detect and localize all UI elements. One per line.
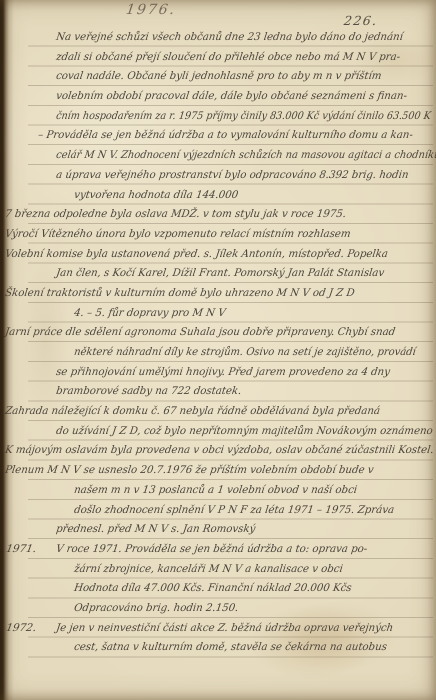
handwritten-text: některé náhradní díly ke strojům. Osivo …: [73, 343, 417, 363]
handwritten-text: Odpracováno brig. hodin 2.150.: [73, 599, 240, 619]
handwritten-text: volebním období pracoval dále, dále bylo…: [55, 87, 409, 107]
handwritten-line: celář M N V. Zhodnocení výjezdních schůz…: [0, 146, 436, 166]
handwritten-line: Hodnota díla 47.000 Kčs. Finanční náklad…: [0, 579, 436, 599]
handwritten-line: se přihnojování umělými hnojivy. Před ja…: [0, 363, 436, 383]
handwritten-line: Školení traktoristů v kulturním domě byl…: [0, 284, 436, 304]
handwritten-line: Na veřejné schůzi všech občanů dne 23 le…: [0, 28, 436, 48]
handwritten-line: přednesl. před M N V s. Jan Romovský: [0, 520, 436, 540]
handwritten-text: Plenum M N V se usneslo 20.7.1976 že pří…: [4, 461, 375, 481]
handwritten-line: – Prováděla se jen běžná údržba a to vym…: [0, 126, 436, 146]
handwriting-body: Na veřejné schůzi všech občanů dne 23 le…: [0, 28, 436, 658]
handwritten-text: – Prováděla se jen běžná údržba a to vym…: [37, 126, 414, 146]
chronicle-page: 1976. 226. Na veřejné schůzi všech občan…: [0, 0, 436, 700]
handwritten-text: Jarní práce dle sdělení agronoma Suhala …: [4, 323, 397, 343]
handwritten-line: a úprava veřejného prostranství bylo odp…: [0, 166, 436, 186]
handwritten-text: a úprava veřejného prostranství bylo odp…: [55, 166, 410, 186]
handwritten-text: přednesl. před M N V s. Jan Romovský: [55, 520, 257, 540]
handwritten-line: našem m n v 13 poslanců a 1 volební obvo…: [0, 481, 436, 501]
handwritten-text: čním hospodařením za r. 1975 příjmy čini…: [55, 107, 432, 127]
handwritten-text: Jan člen, s Kočí Karel, Dížil Frant. Pom…: [55, 264, 386, 284]
handwritten-text: V roce 1971. Prováděla se jen běžná údrž…: [55, 540, 369, 560]
handwritten-text: zdali si občané přejí sloučení do přileh…: [55, 48, 402, 68]
handwritten-text: se přihnojování umělými hnojivy. Před ja…: [55, 363, 392, 383]
handwritten-text: coval nadále. Občané byli jednohlasně pr…: [55, 67, 383, 87]
handwritten-text: do užívání J Z D, což bylo nepřítomným m…: [55, 422, 434, 442]
handwritten-line: Plenum M N V se usneslo 20.7.1976 že pří…: [0, 461, 436, 481]
handwritten-text: Zahrada náležející k domku č. 67 nebyla …: [4, 402, 382, 422]
handwritten-text: Hodnota díla 47.000 Kčs. Finanční náklad…: [73, 579, 353, 599]
handwritten-line: čním hospodařením za r. 1975 příjmy čini…: [0, 107, 436, 127]
handwritten-text: bramborové sadby na 722 dostatek.: [55, 382, 243, 402]
handwritten-text: Na veřejné schůzi všech občanů dne 23 le…: [55, 28, 405, 48]
handwritten-text: cest, šatna v kulturním domě, stavěla se…: [73, 638, 389, 658]
handwritten-text: celář M N V. Zhodnocení výjezdních schůz…: [55, 146, 436, 166]
handwritten-line: K májovým oslavám byla provedena v obci …: [0, 441, 436, 461]
handwritten-text: vytvořena hodnota díla 144.000: [73, 186, 240, 206]
handwritten-line: Jarní práce dle sdělení agronoma Suhala …: [0, 323, 436, 343]
handwritten-line: bramborové sadby na 722 dostatek.: [0, 382, 436, 402]
handwritten-text: 4. – 5. fůr dopravy pro M N V: [73, 304, 227, 324]
page-number: 226.: [343, 13, 379, 28]
handwritten-line: žární zbrojnice, kanceláři M N V a kanal…: [0, 560, 436, 580]
year-heading: 1976.: [125, 2, 177, 18]
handwritten-line: zdali si občané přejí sloučení do přileh…: [0, 48, 436, 68]
handwritten-text: žární zbrojnice, kanceláři M N V a kanal…: [73, 560, 344, 580]
handwritten-text: Výročí Vítězného února bylo vzpomenuto r…: [4, 225, 352, 245]
handwritten-line: Volební komise byla ustanovená před. s. …: [0, 245, 436, 265]
handwritten-text: našem m n v 13 poslanců a 1 volební obvo…: [73, 481, 359, 501]
handwritten-text: došlo zhodnocení splnění V P N F za léta…: [73, 501, 396, 521]
handwritten-text: K májovým oslavám byla provedena v obci …: [4, 441, 435, 461]
handwritten-text: Volební komise byla ustanovená před. s. …: [4, 245, 390, 265]
handwritten-line: 1972.Je jen v neinvestiční části akce Z.…: [0, 619, 436, 639]
handwritten-line: některé náhradní díly ke strojům. Osivo …: [0, 343, 436, 363]
handwritten-line: Výročí Vítězného února bylo vzpomenuto r…: [0, 225, 436, 245]
handwritten-line: cest, šatna v kulturním domě, stavěla se…: [0, 638, 436, 658]
handwritten-line: volebním období pracoval dále, dále bylo…: [0, 87, 436, 107]
handwritten-line: 7 března odpoledne byla oslava MDŽ. v to…: [0, 205, 436, 225]
handwritten-text: 7 března odpoledne byla oslava MDŽ. v to…: [4, 205, 348, 225]
handwritten-text: Je jen v neinvestiční části akce Z. běžn…: [55, 619, 395, 639]
handwritten-text: Školení traktoristů v kulturním domě byl…: [4, 284, 356, 304]
handwritten-line: Zahrada náležející k domku č. 67 nebyla …: [0, 402, 436, 422]
handwritten-line: coval nadále. Občané byli jednohlasně pr…: [0, 67, 436, 87]
binding-edge-shadow: [0, 0, 14, 700]
handwritten-line: Jan člen, s Kočí Karel, Dížil Frant. Pom…: [0, 264, 436, 284]
handwritten-line: Odpracováno brig. hodin 2.150.: [0, 599, 436, 619]
handwritten-line: 4. – 5. fůr dopravy pro M N V: [0, 304, 436, 324]
handwritten-line: 1971.V roce 1971. Prováděla se jen běžná…: [0, 540, 436, 560]
handwritten-line: do užívání J Z D, což bylo nepřítomným m…: [0, 422, 436, 442]
handwritten-line: vytvořena hodnota díla 144.000: [0, 186, 436, 206]
handwritten-line: došlo zhodnocení splnění V P N F za léta…: [0, 501, 436, 521]
